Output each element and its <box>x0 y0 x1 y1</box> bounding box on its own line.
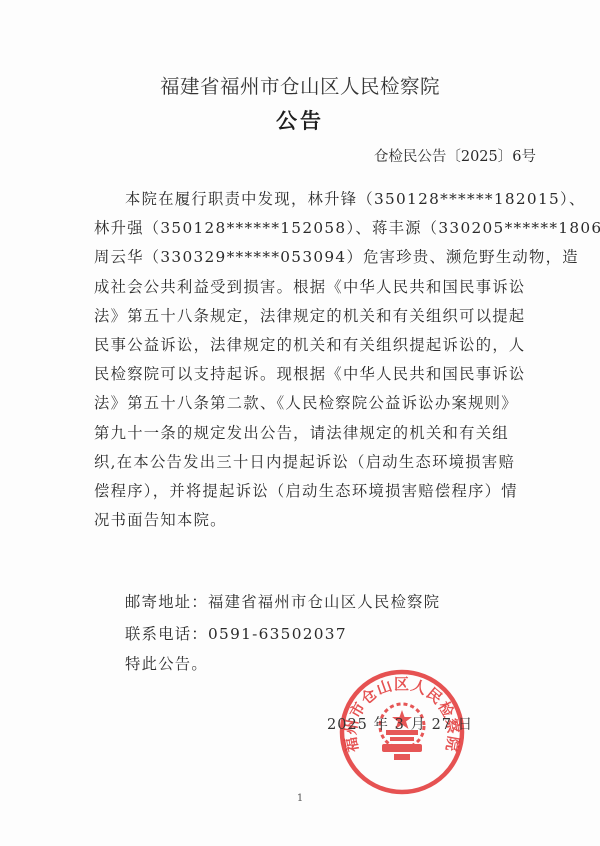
body-line: 偿程序），并将提起诉讼（启动生态环境损害赔偿程序）情 <box>94 477 524 506</box>
contact-phone: 联系电话：0591-63502037 <box>125 622 347 644</box>
body-line: 林升强（350128******152058）、蒋丰源（330205******… <box>94 214 524 243</box>
phone-label: 联系电话： <box>125 625 208 643</box>
body-line: 成社会公共利益受到损害。根据《中华人民共和国民事诉讼 <box>94 273 524 302</box>
announcement-body: 本院在履行职责中发现，林升锋（350128******182015）、 林升强（… <box>94 185 524 535</box>
body-line: 织,在本公告发出三十日内提起诉讼（启动生态环境损害赔 <box>94 448 524 477</box>
body-line: 周云华（330329******053094）危害珍贵、濒危野生动物，造 <box>94 243 524 272</box>
address-value: 福建省福州市仓山区人民检察院 <box>208 593 440 611</box>
body-line: 民检察院可以支持起诉。现根据《中华人民共和国民事诉讼 <box>94 360 524 389</box>
body-line: 况书面告知本院。 <box>94 506 524 535</box>
page-number: 1 <box>0 793 600 804</box>
address-label: 邮寄地址： <box>125 593 208 611</box>
body-line: 第九十一条的规定发出公告，请法律规定的机关和有关组 <box>94 419 524 448</box>
phone-value: 0591-63502037 <box>208 625 347 643</box>
document-title: 公告 <box>0 105 600 135</box>
body-line: 法》第五十八条规定，法律规定的机关和有关组织可以提起 <box>94 302 524 331</box>
mailing-address: 邮寄地址：福建省福州市仓山区人民检察院 <box>125 590 440 612</box>
document-number: 仓检民公告〔2025〕6号 <box>374 145 536 166</box>
issue-date: 2025 年 3 月 27 日 <box>327 713 473 734</box>
closing-statement: 特此公告。 <box>125 652 208 674</box>
organization-title: 福建省福州市仓山区人民检察院 <box>0 71 600 99</box>
body-line: 民事公益诉讼，法律规定的机关和有关组织提起诉讼的，人 <box>94 331 524 360</box>
body-line: 本院在履行职责中发现，林升锋（350128******182015）、 <box>94 185 524 214</box>
body-line: 法》第五十八条第二款、《人民检察院公益诉讼办案规则》 <box>94 389 524 418</box>
